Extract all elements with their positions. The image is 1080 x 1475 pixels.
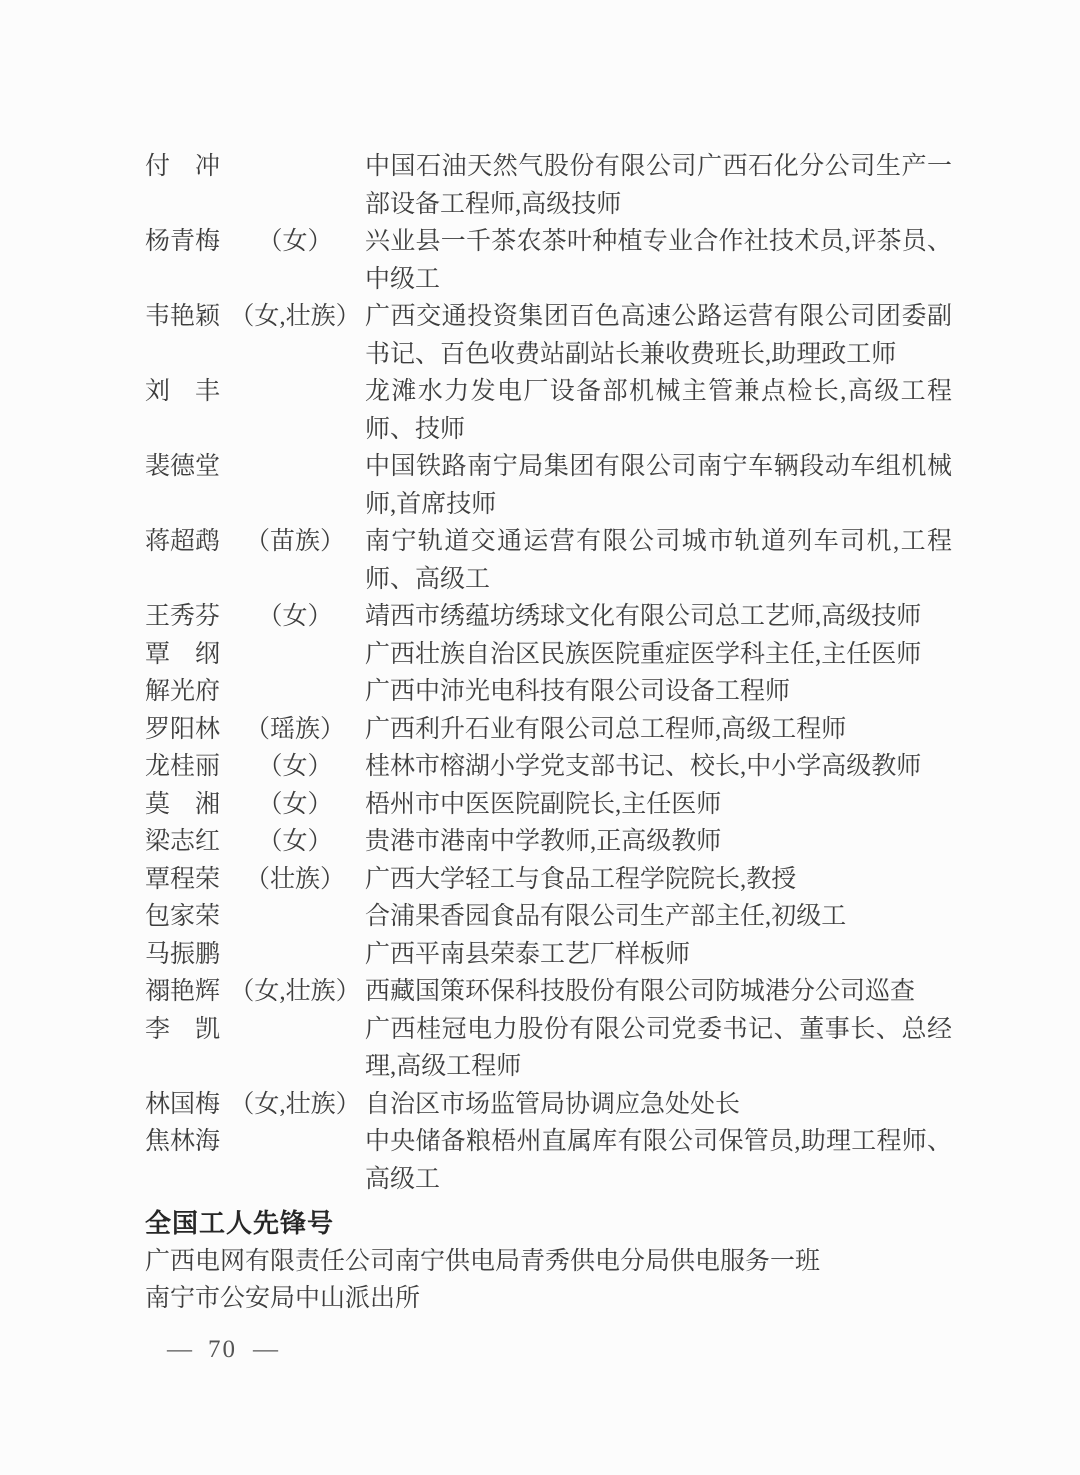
footer-dash-right: — [253, 1331, 278, 1369]
honoree-description: 广西利升石业有限公司总工程师,高级工程师 [365, 711, 952, 749]
honoree-row: 焦林海 中央储备粮梧州直属库有限公司保管员,助理工程师、高级工 [145, 1123, 952, 1198]
honoree-row: 覃 纲 广西壮族自治区民族医院重症医学科主任,主任医师 [145, 636, 952, 674]
honoree-gender-ethnicity-tag: （苗族） [225, 523, 365, 598]
honoree-gender-ethnicity-tag: （女） [225, 786, 365, 824]
honoree-name: 裴德堂 [145, 448, 225, 523]
honoree-gender-ethnicity-tag [225, 936, 365, 974]
honoree-gender-ethnicity-tag [225, 1011, 365, 1086]
honoree-row: 梁志红 （女） 贵港市港南中学教师,正高级教师 [145, 823, 952, 861]
honoree-description: 广西交通投资集团百色高速公路运营有限公司团委副书记、百色收费站副站长兼收费班长,… [365, 298, 952, 373]
honoree-row: 解光府 广西中沛光电科技有限公司设备工程师 [145, 673, 952, 711]
honoree-gender-ethnicity-tag [225, 673, 365, 711]
honoree-name: 马振鹏 [145, 936, 225, 974]
honoree-list: 付 冲 中国石油天然气股份有限公司广西石化分公司生产一部设备工程师,高级技师 杨… [145, 148, 952, 1198]
honoree-row: 裴德堂 中国铁路南宁局集团有限公司南宁车辆段动车组机械师,首席技师 [145, 448, 952, 523]
honoree-description: 贵港市港南中学教师,正高级教师 [365, 823, 952, 861]
org-line: 广西电网有限责任公司南宁供电局青秀供电分局供电服务一班 [145, 1243, 952, 1281]
honoree-gender-ethnicity-tag [225, 636, 365, 674]
honoree-description: 中央储备粮梧州直属库有限公司保管员,助理工程师、高级工 [365, 1123, 952, 1198]
honoree-description: 广西中沛光电科技有限公司设备工程师 [365, 673, 952, 711]
honoree-description: 梧州市中医医院副院长,主任医师 [365, 786, 952, 824]
honoree-name: 付 冲 [145, 148, 225, 223]
org-line: 南宁市公安局中山派出所 [145, 1280, 952, 1318]
honoree-row: 王秀芬 （女） 靖西市绣蕴坊绣球文化有限公司总工艺师,高级技师 [145, 598, 952, 636]
honoree-gender-ethnicity-tag [225, 373, 365, 448]
honoree-name: 梁志红 [145, 823, 225, 861]
honoree-gender-ethnicity-tag: （女,壮族） [225, 298, 365, 373]
honoree-row: 林国梅 （女,壮族） 自治区市场监管局协调应急处处长 [145, 1086, 952, 1124]
honoree-description: 广西桂冠电力股份有限公司党委书记、董事长、总经理,高级工程师 [365, 1011, 952, 1086]
page-content: 付 冲 中国石油天然气股份有限公司广西石化分公司生产一部设备工程师,高级技师 杨… [145, 148, 952, 1368]
honoree-name: 王秀芬 [145, 598, 225, 636]
honoree-name: 韦艳颖 [145, 298, 225, 373]
honoree-name: 覃 纲 [145, 636, 225, 674]
honoree-description: 广西平南县荣泰工艺厂样板师 [365, 936, 952, 974]
honoree-description: 广西壮族自治区民族医院重症医学科主任,主任医师 [365, 636, 952, 674]
honoree-description: 西藏国策环保科技股份有限公司防城港分公司巡查 [365, 973, 952, 1011]
honoree-row: 付 冲 中国石油天然气股份有限公司广西石化分公司生产一部设备工程师,高级技师 [145, 148, 952, 223]
footer-dash-left: — [167, 1331, 192, 1369]
document-page: 付 冲 中国石油天然气股份有限公司广西石化分公司生产一部设备工程师,高级技师 杨… [0, 0, 1080, 1475]
honoree-description: 靖西市绣蕴坊绣球文化有限公司总工艺师,高级技师 [365, 598, 952, 636]
honoree-gender-ethnicity-tag: （瑶族） [225, 711, 365, 749]
honoree-row: 蒋超鹉 （苗族） 南宁轨道交通运营有限公司城市轨道列车司机,工程师、高级工 [145, 523, 952, 598]
honoree-description: 龙滩水力发电厂设备部机械主管兼点检长,高级工程师、技师 [365, 373, 952, 448]
honoree-row: 龙桂丽 （女） 桂林市榕湖小学党支部书记、校长,中小学高级教师 [145, 748, 952, 786]
honoree-row: 刘 丰 龙滩水力发电厂设备部机械主管兼点检长,高级工程师、技师 [145, 373, 952, 448]
honoree-description: 合浦果香园食品有限公司生产部主任,初级工 [365, 898, 952, 936]
honoree-gender-ethnicity-tag [225, 448, 365, 523]
honoree-description: 桂林市榕湖小学党支部书记、校长,中小学高级教师 [365, 748, 952, 786]
honoree-name: 莫 湘 [145, 786, 225, 824]
honoree-description: 中国铁路南宁局集团有限公司南宁车辆段动车组机械师,首席技师 [365, 448, 952, 523]
honoree-name: 李 凯 [145, 1011, 225, 1086]
honoree-gender-ethnicity-tag: （女,壮族） [225, 973, 365, 1011]
honoree-description: 南宁轨道交通运营有限公司城市轨道列车司机,工程师、高级工 [365, 523, 952, 598]
honoree-gender-ethnicity-tag: （壮族） [225, 861, 365, 899]
org-list: 广西电网有限责任公司南宁供电局青秀供电分局供电服务一班 南宁市公安局中山派出所 [145, 1243, 952, 1318]
honoree-description: 中国石油天然气股份有限公司广西石化分公司生产一部设备工程师,高级技师 [365, 148, 952, 223]
honoree-row: 罗阳林 （瑶族） 广西利升石业有限公司总工程师,高级工程师 [145, 711, 952, 749]
honoree-name: 解光府 [145, 673, 225, 711]
honoree-row: 韦艳颖 （女,壮族） 广西交通投资集团百色高速公路运营有限公司团委副书记、百色收… [145, 298, 952, 373]
honoree-gender-ethnicity-tag: （女,壮族） [225, 1086, 365, 1124]
honoree-row: 李 凯 广西桂冠电力股份有限公司党委书记、董事长、总经理,高级工程师 [145, 1011, 952, 1086]
honoree-row: 马振鹏 广西平南县荣泰工艺厂样板师 [145, 936, 952, 974]
honoree-name: 覃程荣 [145, 861, 225, 899]
honoree-row: 覃程荣 （壮族） 广西大学轻工与食品工程学院院长,教授 [145, 861, 952, 899]
honoree-gender-ethnicity-tag [225, 148, 365, 223]
honoree-gender-ethnicity-tag [225, 1123, 365, 1198]
honoree-name: 罗阳林 [145, 711, 225, 749]
honoree-row: 莫 湘 （女） 梧州市中医医院副院长,主任医师 [145, 786, 952, 824]
honoree-name: 刘 丰 [145, 373, 225, 448]
page-footer: —70— [145, 1331, 952, 1369]
section-heading: 全国工人先锋号 [145, 1205, 952, 1243]
honoree-gender-ethnicity-tag: （女） [225, 823, 365, 861]
honoree-gender-ethnicity-tag: （女） [225, 223, 365, 298]
honoree-name: 包家荣 [145, 898, 225, 936]
honoree-name: 蒋超鹉 [145, 523, 225, 598]
honoree-row: 杨青梅 （女） 兴业县一千茶农茶叶种植专业合作社技术员,评茶员、中级工 [145, 223, 952, 298]
honoree-name: 林国梅 [145, 1086, 225, 1124]
honoree-gender-ethnicity-tag: （女） [225, 598, 365, 636]
honoree-description: 广西大学轻工与食品工程学院院长,教授 [365, 861, 952, 899]
honoree-gender-ethnicity-tag [225, 898, 365, 936]
honoree-description: 自治区市场监管局协调应急处处长 [365, 1086, 952, 1124]
honoree-name: 禤艳辉 [145, 973, 225, 1011]
honoree-row: 禤艳辉 （女,壮族） 西藏国策环保科技股份有限公司防城港分公司巡查 [145, 973, 952, 1011]
honoree-row: 包家荣 合浦果香园食品有限公司生产部主任,初级工 [145, 898, 952, 936]
honoree-name: 龙桂丽 [145, 748, 225, 786]
honoree-description: 兴业县一千茶农茶叶种植专业合作社技术员,评茶员、中级工 [365, 223, 952, 298]
honoree-name: 杨青梅 [145, 223, 225, 298]
honoree-name: 焦林海 [145, 1123, 225, 1198]
honoree-gender-ethnicity-tag: （女） [225, 748, 365, 786]
page-number: 70 [208, 1331, 237, 1369]
